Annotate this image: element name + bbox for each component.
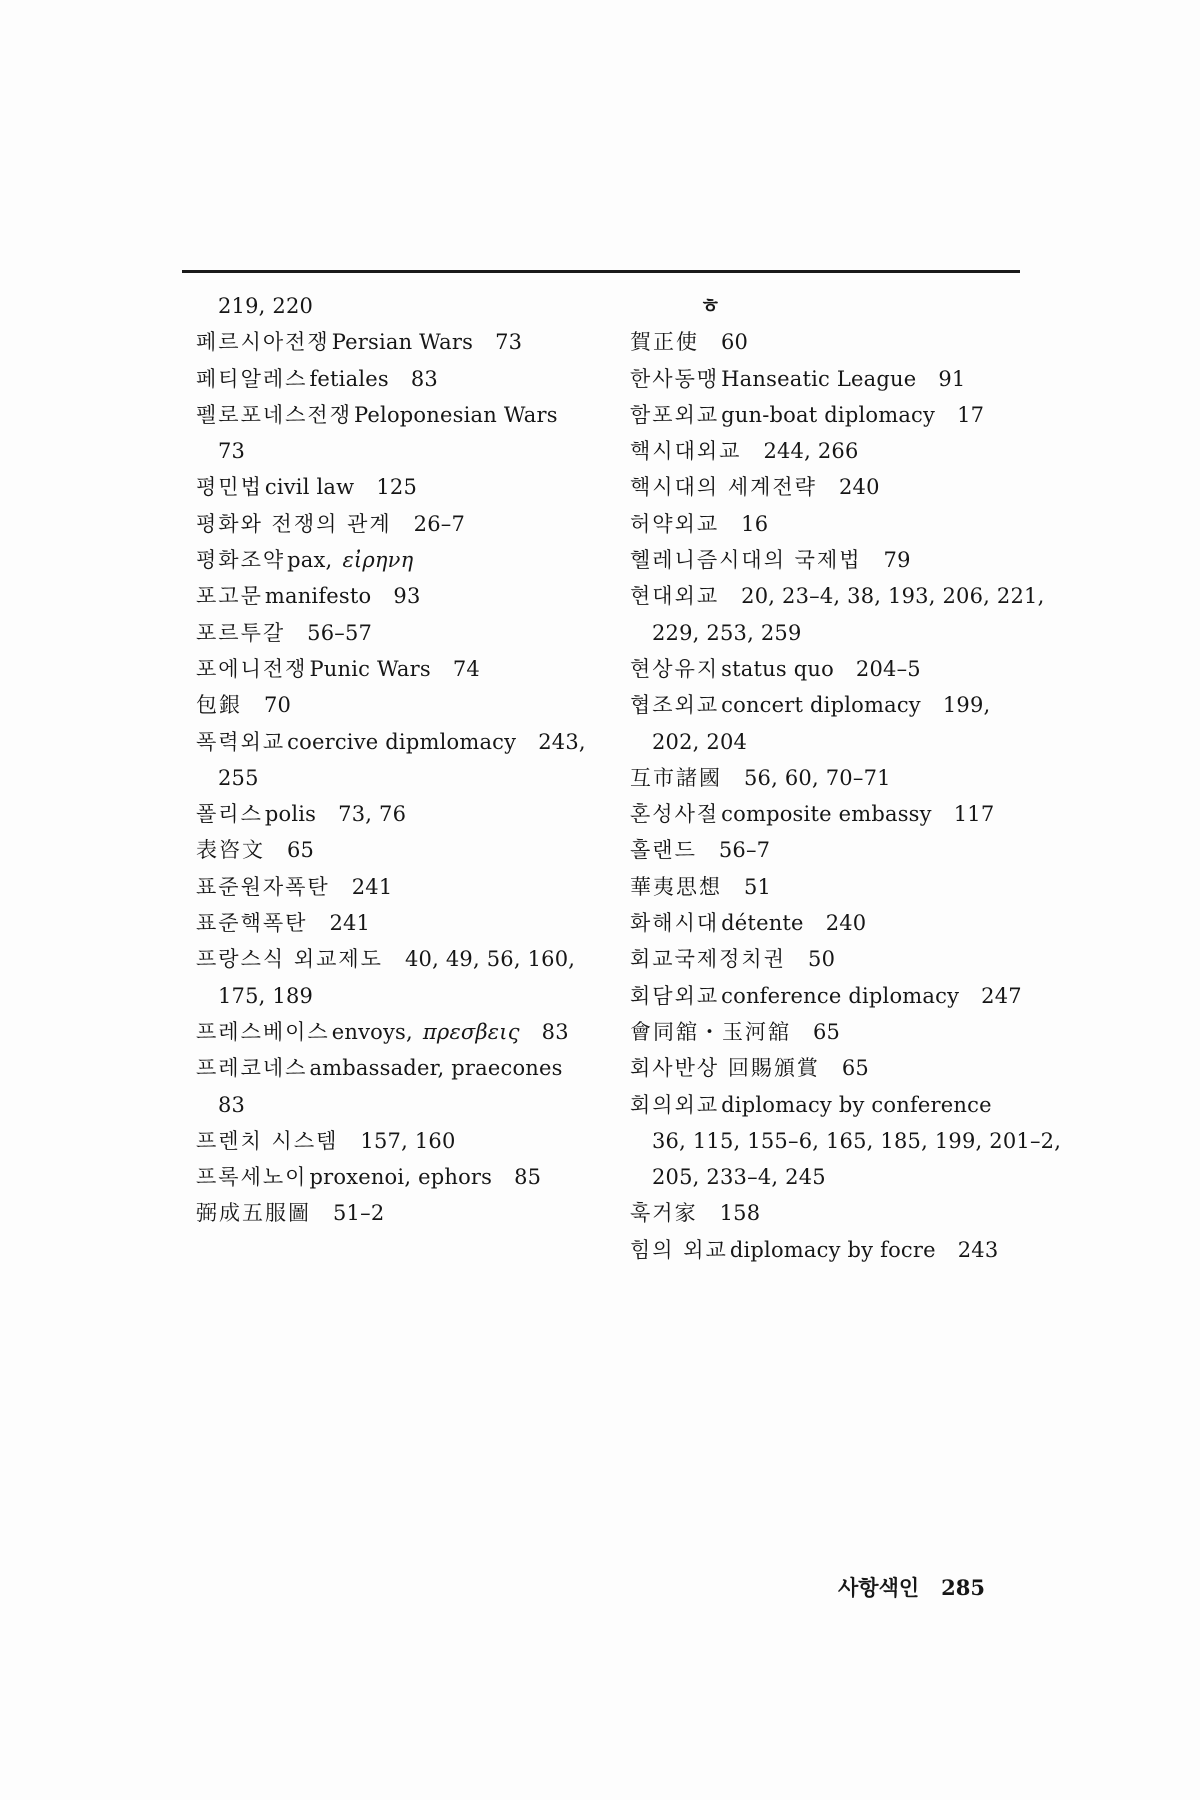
entry-term-korean: 賀正使 (630, 330, 699, 354)
entry-page-refs: 85 (514, 1165, 541, 1189)
entry-term-korean: 화해시대 (630, 911, 719, 935)
entry-term-korean: 펠로포네스전쟁 (196, 403, 352, 427)
index-entry-continuation: 83 (196, 1087, 596, 1123)
entry-page-refs: 51 (744, 875, 771, 899)
entry-page-refs: 40, 49, 56, 160, (405, 947, 575, 971)
entry-page-refs: 91 (938, 367, 965, 391)
entry-term-korean: 프랑스식 외교제도 (196, 947, 383, 971)
entry-page-refs: 16 (741, 512, 768, 536)
index-entry: 힘의 외교diplomacy by focre243 (630, 1232, 1030, 1268)
entry-term-english: Punic Wars (309, 657, 430, 681)
index-entry: 互市諸國56, 60, 70–71 (630, 760, 1030, 796)
entry-page-refs: 241 (329, 911, 370, 935)
entry-term-korean: 현대외교 (630, 584, 719, 608)
entry-page-refs: 240 (839, 475, 880, 499)
entry-term-korean: 包銀 (196, 693, 242, 717)
index-entry: 프레코네스ambassader, praecones (196, 1050, 596, 1086)
index-entry: 包銀70 (196, 687, 596, 723)
entry-term-english: status quo (721, 657, 834, 681)
entry-term-english: Persian Wars (332, 330, 473, 354)
entry-term-korean: 헬레니즘시대의 국제법 (630, 548, 862, 572)
entry-page-refs: 65 (813, 1020, 840, 1044)
index-column-right: ㅎ賀正使60한사동맹Hanseatic League91함포외교gun-boat… (630, 288, 1030, 1268)
index-entry: 表咨文65 (196, 832, 596, 868)
entry-page-refs: 70 (264, 693, 291, 717)
entry-page-refs: 50 (808, 947, 835, 971)
entry-term-korean: 포고문 (196, 584, 263, 608)
entry-term-english: polis (265, 802, 316, 826)
entry-term-english: composite embassy (721, 802, 932, 826)
index-entry: 홀랜드56–7 (630, 832, 1030, 868)
index-entry: 프랑스식 외교제도40, 49, 56, 160, (196, 941, 596, 977)
entry-term-korean: 협조외교 (630, 693, 719, 717)
entry-term-korean: 현상유지 (630, 657, 719, 681)
index-entry: 허약외교16 (630, 506, 1030, 542)
index-entry: 혼성사절composite embassy117 (630, 796, 1030, 832)
index-entry: 평화조약pax,εἰρηνη (196, 542, 596, 578)
entry-term-english: gun-boat diplomacy (721, 403, 935, 427)
index-entry: 한사동맹Hanseatic League91 (630, 361, 1030, 397)
index-entry: 펠로포네스전쟁Peloponesian Wars (196, 397, 596, 433)
entry-page-refs: 93 (393, 584, 420, 608)
running-title: 사항색인 (838, 1575, 919, 1600)
entry-term-korean: 프렌치 시스템 (196, 1129, 338, 1153)
entry-term-english: pax, (287, 548, 332, 572)
entry-page-refs: 247 (981, 984, 1022, 1008)
index-entry: 회담외교conference diplomacy247 (630, 978, 1030, 1014)
index-entry: 평화와 전쟁의 관계26–7 (196, 506, 596, 542)
top-rule-divider (182, 270, 1020, 273)
entry-page-refs: 65 (842, 1056, 869, 1080)
entry-term-korean: 평화와 전쟁의 관계 (196, 512, 392, 536)
entry-page-refs: 74 (453, 657, 480, 681)
entry-term-korean: 함포외교 (630, 403, 719, 427)
entry-term-english: fetiales (309, 367, 388, 391)
entry-term-english: Hanseatic League (721, 367, 916, 391)
entry-page-refs: 158 (720, 1201, 761, 1225)
entry-page-refs: 204–5 (856, 657, 921, 681)
entry-page-refs: 73 (495, 330, 522, 354)
entry-page-refs: 26–7 (414, 512, 465, 536)
index-entry: 화해시대détente240 (630, 905, 1030, 941)
index-entry: 會同舘・玉河舘65 (630, 1014, 1030, 1050)
index-entry: 弼成五服圖51–2 (196, 1195, 596, 1231)
entry-term-greek: πρεσβεις (423, 1020, 520, 1044)
index-entry: 회사반상 回賜頒賞65 (630, 1050, 1030, 1086)
index-entry-continuation: 36, 115, 155–6, 165, 185, 199, 201–2, (630, 1123, 1030, 1159)
entry-term-korean: 폴리스 (196, 802, 263, 826)
entry-page-refs: 51–2 (333, 1201, 384, 1225)
entry-term-korean: 훅거家 (630, 1201, 698, 1225)
entry-page-refs: 157, 160 (360, 1129, 455, 1153)
index-entry: 페르시아전쟁Persian Wars73 (196, 324, 596, 360)
entry-term-korean: 페르시아전쟁 (196, 330, 330, 354)
entry-page-refs: 243 (958, 1238, 999, 1262)
entry-term-korean: 互市諸國 (630, 766, 722, 790)
entry-page-refs: 60 (721, 330, 748, 354)
section-heading: ㅎ (630, 288, 1030, 324)
entry-term-korean: 프레코네스 (196, 1056, 307, 1080)
entry-term-korean: 한사동맹 (630, 367, 719, 391)
entry-term-english: concert diplomacy (721, 693, 921, 717)
entry-page-refs: 17 (957, 403, 984, 427)
entry-term-korean: 표준원자폭탄 (196, 875, 330, 899)
index-entry: 프레스베이스envoys,πρεσβεις83 (196, 1014, 596, 1050)
entry-page-refs: 117 (954, 802, 995, 826)
entry-page-refs: 56–7 (719, 838, 770, 862)
entry-term-korean: 華夷思想 (630, 875, 722, 899)
entry-term-korean: 허약외교 (630, 512, 719, 536)
entry-page-refs: 79 (884, 548, 911, 572)
index-entry: 포에니전쟁Punic Wars74 (196, 651, 596, 687)
entry-page-refs: 125 (376, 475, 417, 499)
entry-term-english: diplomacy by focre (730, 1238, 936, 1262)
index-entry: 함포외교gun-boat diplomacy17 (630, 397, 1030, 433)
index-entry: 표준핵폭탄241 (196, 905, 596, 941)
entry-page-refs: 244, 266 (763, 439, 858, 463)
index-entry: 폭력외교coercive dipmlomacy243, (196, 724, 596, 760)
entry-term-korean: 힘의 외교 (630, 1238, 728, 1262)
index-entry: 페티알레스fetiales83 (196, 361, 596, 397)
index-entry: 프록세노이proxenoi, ephors85 (196, 1159, 596, 1195)
entry-page-refs: 241 (352, 875, 393, 899)
index-entry-continuation: 202, 204 (630, 724, 1030, 760)
entry-term-english: envoys, (332, 1020, 413, 1044)
entry-term-korean: 회교국제정치권 (630, 947, 786, 971)
index-entry: 핵시대의 세계전략240 (630, 469, 1030, 505)
entry-term-english: détente (721, 911, 804, 935)
entry-page-refs: 56, 60, 70–71 (744, 766, 891, 790)
entry-term-korean: 회사반상 回賜頒賞 (630, 1056, 820, 1080)
index-entry: 포르투갈56–57 (196, 615, 596, 651)
index-entry: 華夷思想51 (630, 869, 1030, 905)
entry-term-korean: 포르투갈 (196, 621, 285, 645)
entry-term-korean: 프레스베이스 (196, 1020, 330, 1044)
index-entry: 현대외교20, 23–4, 38, 193, 206, 221, (630, 578, 1030, 614)
entry-term-korean: 회담외교 (630, 984, 719, 1008)
index-entry: 평민법civil law125 (196, 469, 596, 505)
entry-page-refs: 20, 23–4, 38, 193, 206, 221, (741, 584, 1044, 608)
entry-term-english: civil law (265, 475, 354, 499)
entry-term-korean: 핵시대외교 (630, 439, 741, 463)
index-entry-continuation: 175, 189 (196, 978, 596, 1014)
index-entry: 현상유지status quo204–5 (630, 651, 1030, 687)
index-entry: 훅거家158 (630, 1195, 1030, 1231)
entry-term-korean: 홀랜드 (630, 838, 697, 862)
entry-term-korean: 회의외교 (630, 1093, 719, 1117)
entry-page-refs: 65 (287, 838, 314, 862)
index-entry: 회교국제정치권50 (630, 941, 1030, 977)
entry-term-english: conference diplomacy (721, 984, 959, 1008)
entry-term-korean: 혼성사절 (630, 802, 719, 826)
index-entry: 협조외교concert diplomacy199, (630, 687, 1030, 723)
page-footer: 사항색인285 (838, 1572, 985, 1602)
page-number: 285 (941, 1575, 985, 1600)
entry-term-korean: 포에니전쟁 (196, 657, 307, 681)
index-entry-continuation: 205, 233–4, 245 (630, 1159, 1030, 1195)
index-entry-continuation: 229, 253, 259 (630, 615, 1030, 651)
index-entry: 표준원자폭탄241 (196, 869, 596, 905)
index-column-left: 219, 220페르시아전쟁Persian Wars73페티알레스fetiale… (196, 288, 596, 1232)
index-entry: 포고문manifesto93 (196, 578, 596, 614)
entry-page-refs: 83 (411, 367, 438, 391)
entry-term-english: coercive dipmlomacy (287, 730, 516, 754)
entry-term-korean: 폭력외교 (196, 730, 285, 754)
entry-term-english: proxenoi, ephors (309, 1165, 492, 1189)
entry-page-refs: 243, (538, 730, 586, 754)
entry-term-english: diplomacy by conference (721, 1093, 992, 1117)
index-entry: 프렌치 시스템157, 160 (196, 1123, 596, 1159)
entry-term-korean: 핵시대의 세계전략 (630, 475, 817, 499)
entry-page-refs: 83 (542, 1020, 569, 1044)
entry-term-korean: 弼成五服圖 (196, 1201, 311, 1225)
entry-term-english: manifesto (265, 584, 372, 608)
entry-page-refs: 73, 76 (338, 802, 406, 826)
entry-page-refs: 56–57 (307, 621, 372, 645)
entry-page-refs: 199, (943, 693, 991, 717)
entry-term-korean: 평화조약 (196, 548, 285, 572)
index-entry-continuation: 255 (196, 760, 596, 796)
index-page: 219, 220페르시아전쟁Persian Wars73페티알레스fetiale… (0, 0, 1200, 1800)
index-entry-continuation: 73 (196, 433, 596, 469)
entry-term-korean: 會同舘・玉河舘 (630, 1020, 791, 1044)
index-entry: 헬레니즘시대의 국제법79 (630, 542, 1030, 578)
index-entry: 회의외교diplomacy by conference (630, 1087, 1030, 1123)
entry-term-korean: 표준핵폭탄 (196, 911, 307, 935)
entry-term-korean: 페티알레스 (196, 367, 307, 391)
entry-term-korean: 프록세노이 (196, 1165, 307, 1189)
entry-term-korean: 평민법 (196, 475, 263, 499)
index-entry: 賀正使60 (630, 324, 1030, 360)
index-entry-continuation: 219, 220 (196, 288, 596, 324)
entry-page-refs: 240 (826, 911, 867, 935)
entry-term-korean: 表咨文 (196, 838, 265, 862)
entry-term-english: Peloponesian Wars (354, 403, 558, 427)
entry-term-greek: εἰρηνη (342, 548, 413, 572)
index-entry: 핵시대외교244, 266 (630, 433, 1030, 469)
entry-term-english: ambassader, praecones (309, 1056, 562, 1080)
index-entry: 폴리스polis73, 76 (196, 796, 596, 832)
